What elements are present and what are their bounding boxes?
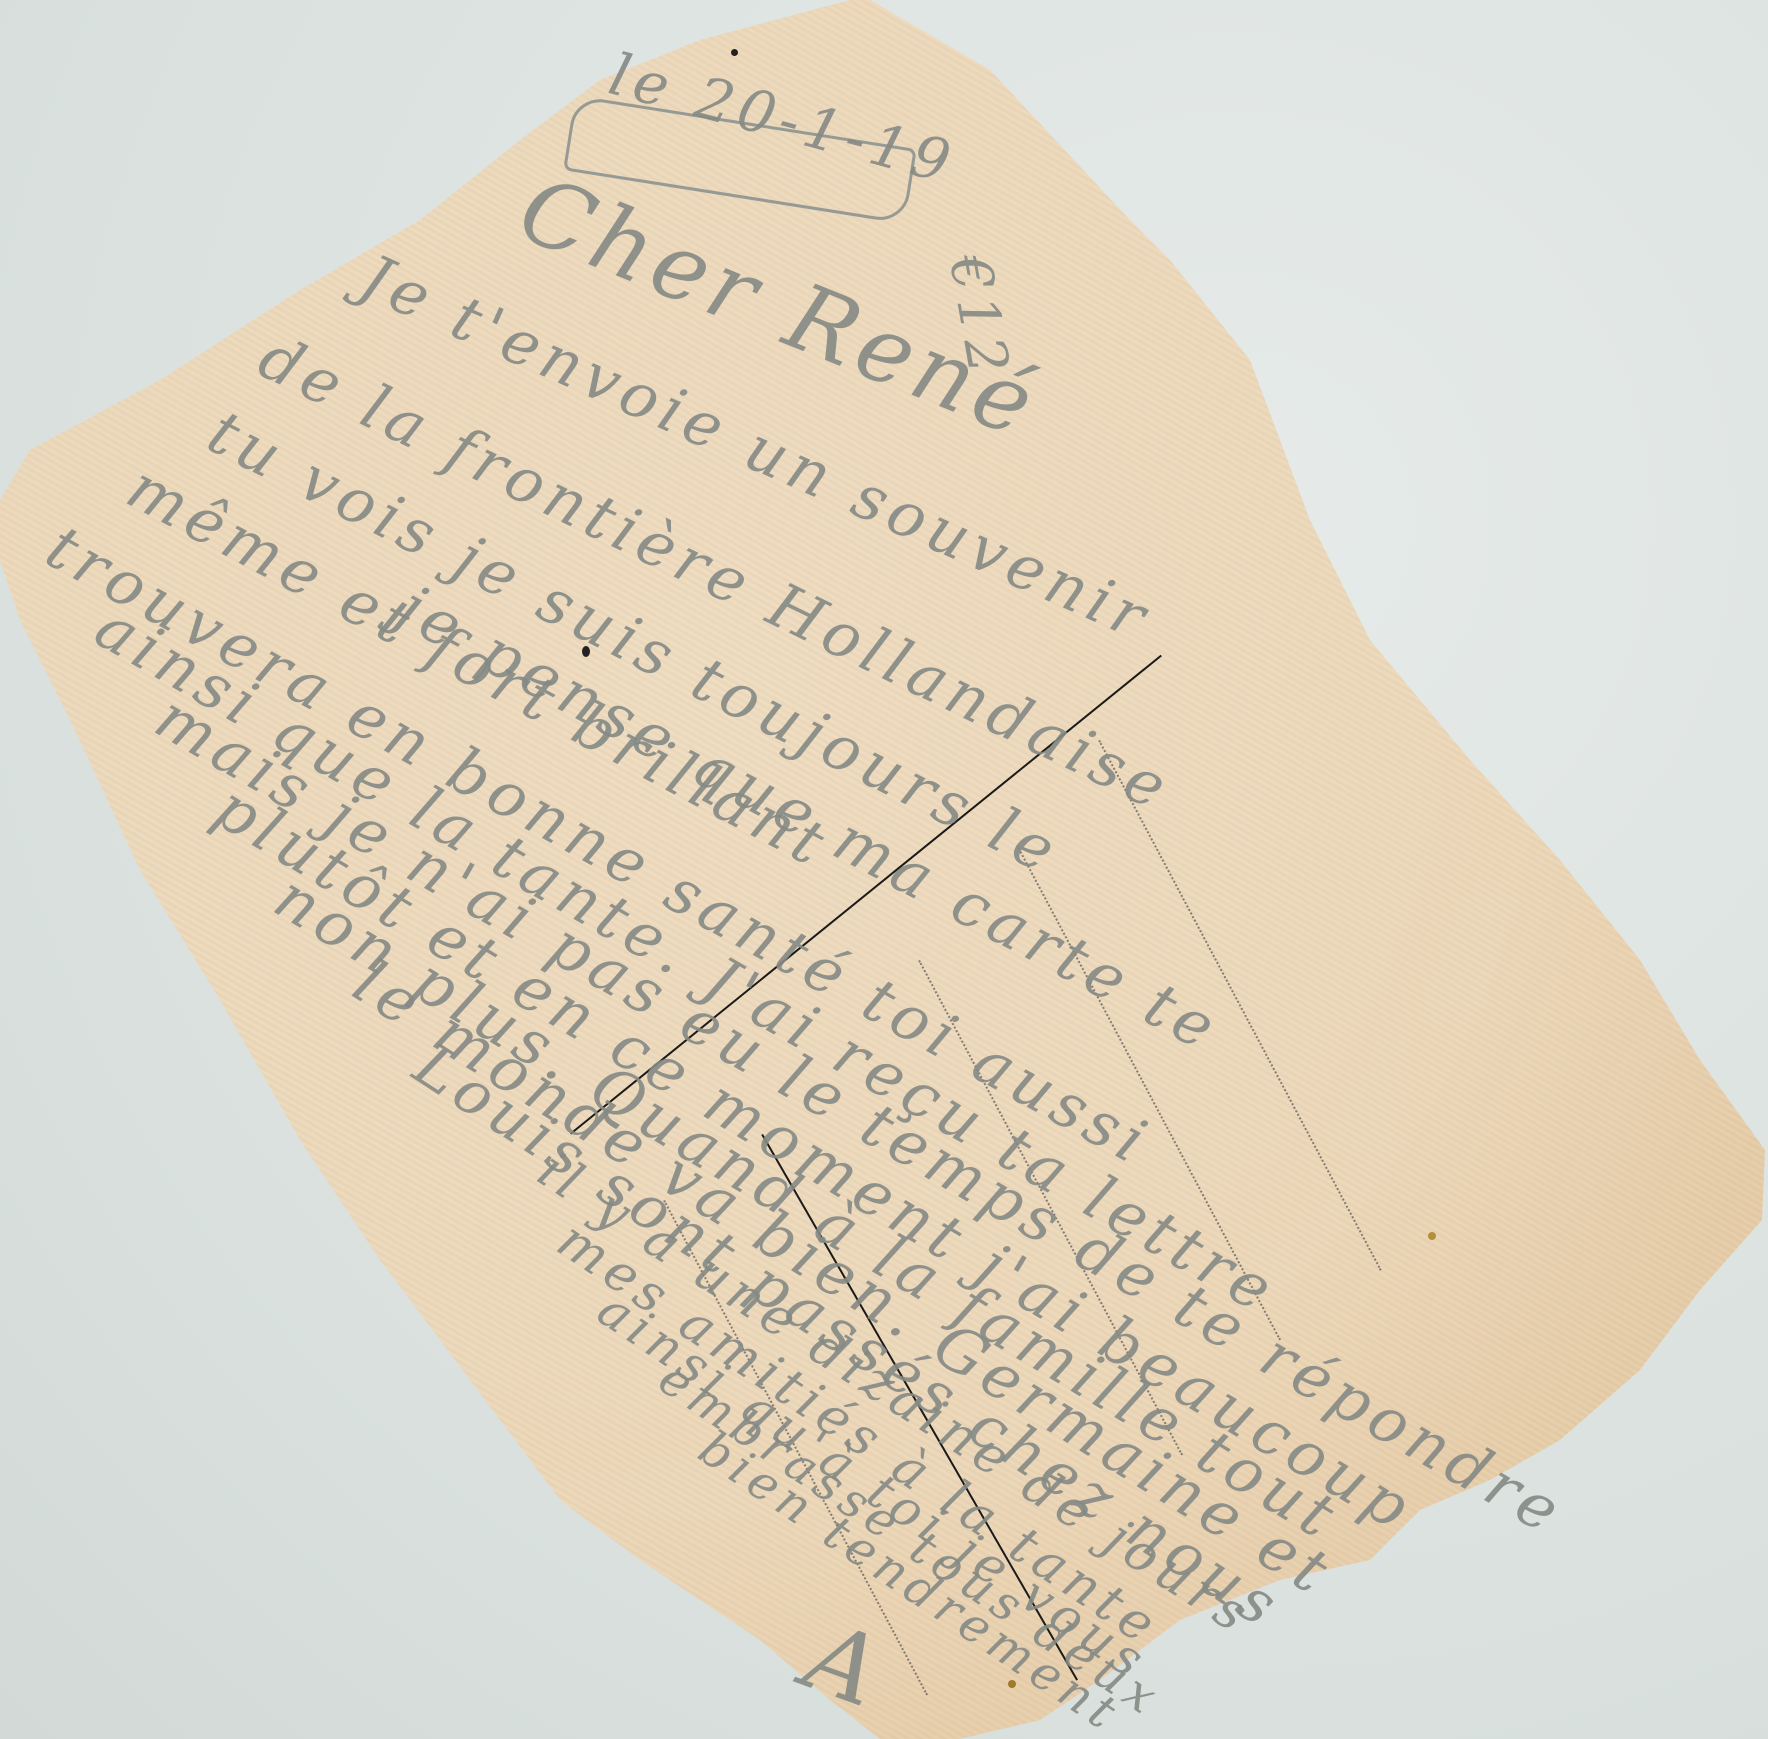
ink-speck [731, 49, 738, 56]
stain-speck [1428, 1232, 1436, 1240]
stain-speck [1008, 1680, 1016, 1688]
ink-speck [582, 646, 590, 657]
